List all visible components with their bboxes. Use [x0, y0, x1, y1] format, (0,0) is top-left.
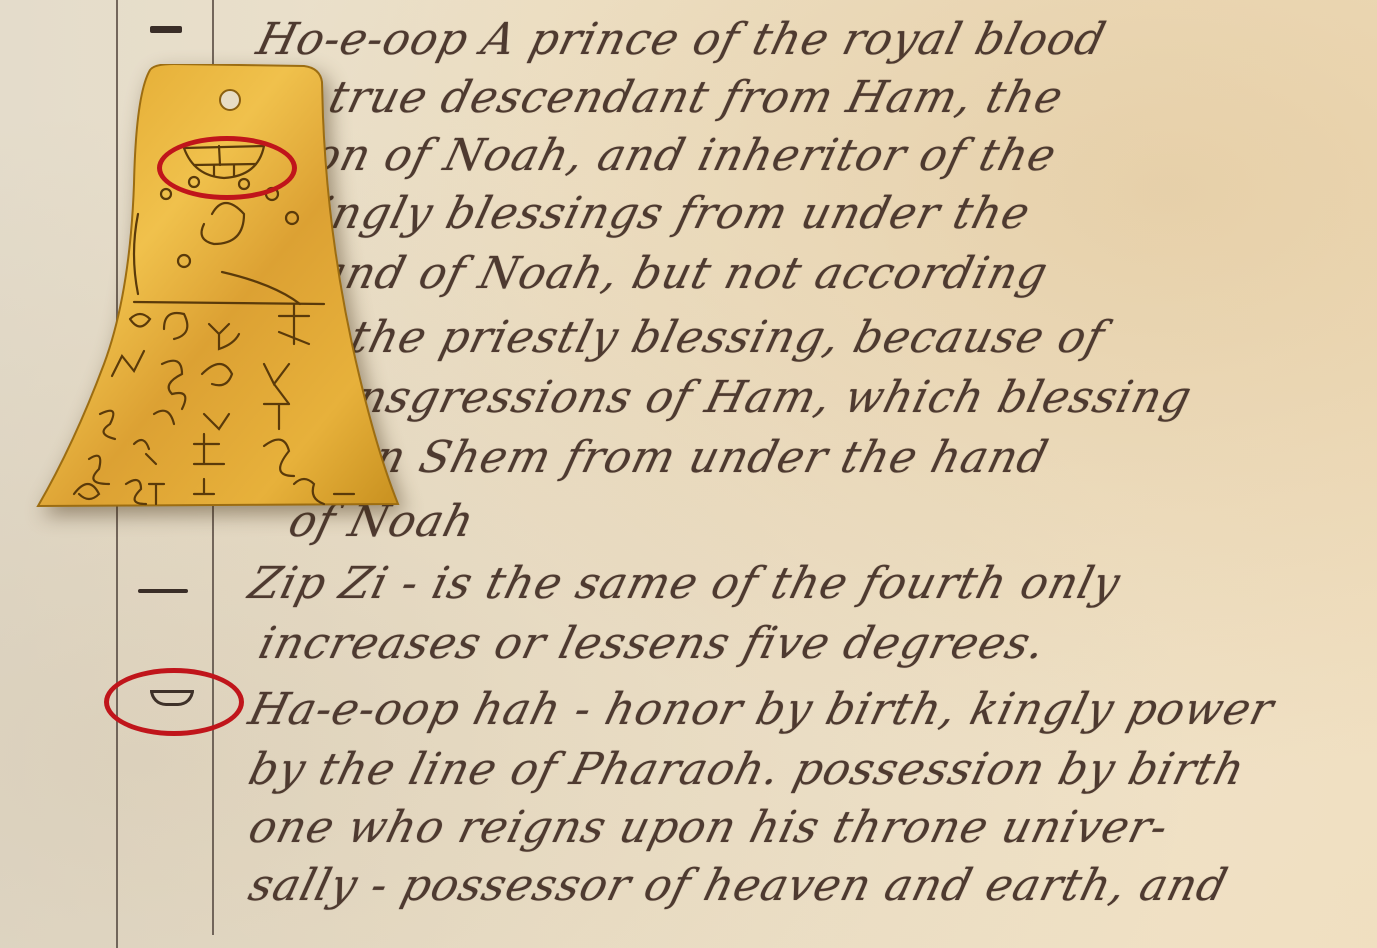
- manuscript-line: Ho-e-oop A prince of the royal blood: [251, 12, 1112, 68]
- manuscript-line: Ha-e-oop hah - honor by birth, kingly po…: [243, 682, 1280, 738]
- brass-plate: [34, 64, 404, 518]
- manuscript-line: true descendant from Ham, the: [323, 70, 1069, 126]
- manuscript-line: increases or lessens five degrees.: [253, 616, 1052, 672]
- manuscript-page: Ho-e-oop A prince of the royal blood tru…: [0, 0, 1377, 948]
- manuscript-line: one who reigns upon his throne univer-: [243, 800, 1174, 856]
- highlight-circle-margin-glyph: [104, 668, 244, 736]
- manuscript-line: sally - possessor of heaven and earth, a…: [243, 858, 1233, 914]
- highlight-circle-plate-glyph: [157, 136, 297, 200]
- margin-dash-top-glyph: [150, 26, 182, 33]
- manuscript-line: transgressions of Ham, which blessing: [283, 370, 1198, 426]
- margin-dash-middle-glyph: [138, 589, 188, 593]
- manuscript-line: Zip Zi - is the same of the fourth only: [243, 556, 1126, 612]
- brass-plate-image: [34, 64, 404, 518]
- manuscript-line: by the line of Pharaoh. possession by bi…: [243, 742, 1251, 798]
- manuscript-line: to the priestly blessing, because of: [283, 310, 1110, 366]
